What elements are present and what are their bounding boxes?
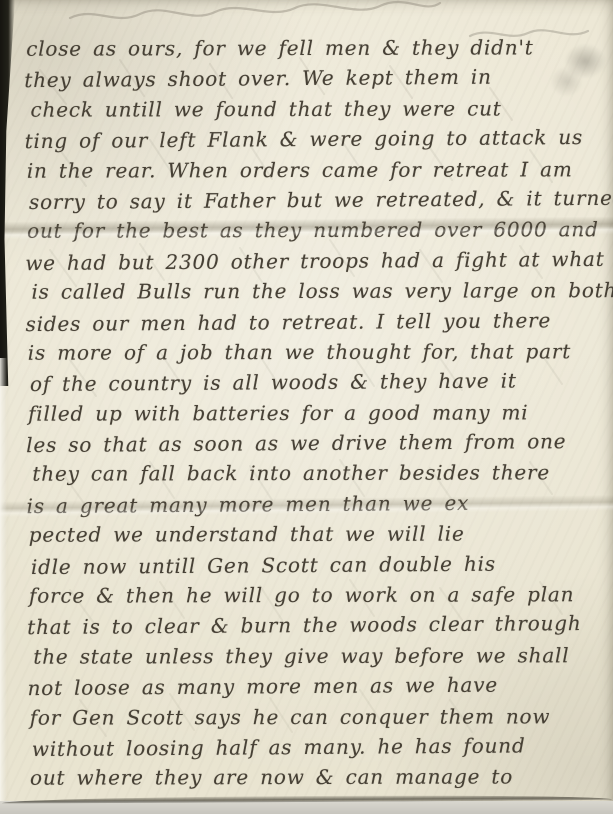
letter-line: close as ours, for we fell men & they di… [26,32,611,64]
letter-line: they always shoot over. We kept them in [24,61,609,96]
letter-line: out where they are now & can manage to [30,762,613,794]
letter-line: they can fall back into another besides … [32,458,613,490]
letter-line: is more of a job than we thought for, th… [28,336,613,368]
letter-line: filled up with batteries for a good many… [28,397,613,429]
letter-line: sorry to say it Father but we retreated,… [29,183,610,218]
letter-line: without loosing half as many. he has fou… [32,730,613,765]
letter-body: close as ours, for we fell men & they di… [0,0,613,794]
adjacent-page-edge [0,358,7,814]
letter-line: out for the best as they numbered over 6… [27,215,612,247]
letter-line: not loose as many more men as we have [27,669,612,704]
letter-line: is called Bulls run the loss was very la… [31,275,612,307]
letter-line: that is to clear & burn the woods clear … [27,608,612,643]
letter-line: force & then he will go to work on a saf… [29,579,613,611]
letter-line: les so that as soon as we drive them fro… [26,426,611,461]
letter-line: is a great many more men than we ex [26,487,611,522]
letter-line: for Gen Scott says he can conquer them n… [30,701,613,733]
letter-line: in the rear. When orders came for retrea… [27,154,612,186]
letter-line: ting of our left Flank & were going to a… [25,122,610,157]
letter-line: of the country is all woods & they have … [30,365,611,400]
letter-line: we had but 2300 other troops had a fight… [25,244,610,279]
letter-line: idle now untill Gen Scott can double his [31,547,612,582]
letter-line: pected we understand that we will lie [29,518,613,550]
scanned-letter-page: close as ours, for we fell men & they di… [0,0,613,814]
letter-line: check untill we found that they were cut [30,93,611,125]
letter-line: the state unless they give way before we… [33,640,613,672]
letter-line: sides our men had to retreat. I tell you… [26,304,611,339]
